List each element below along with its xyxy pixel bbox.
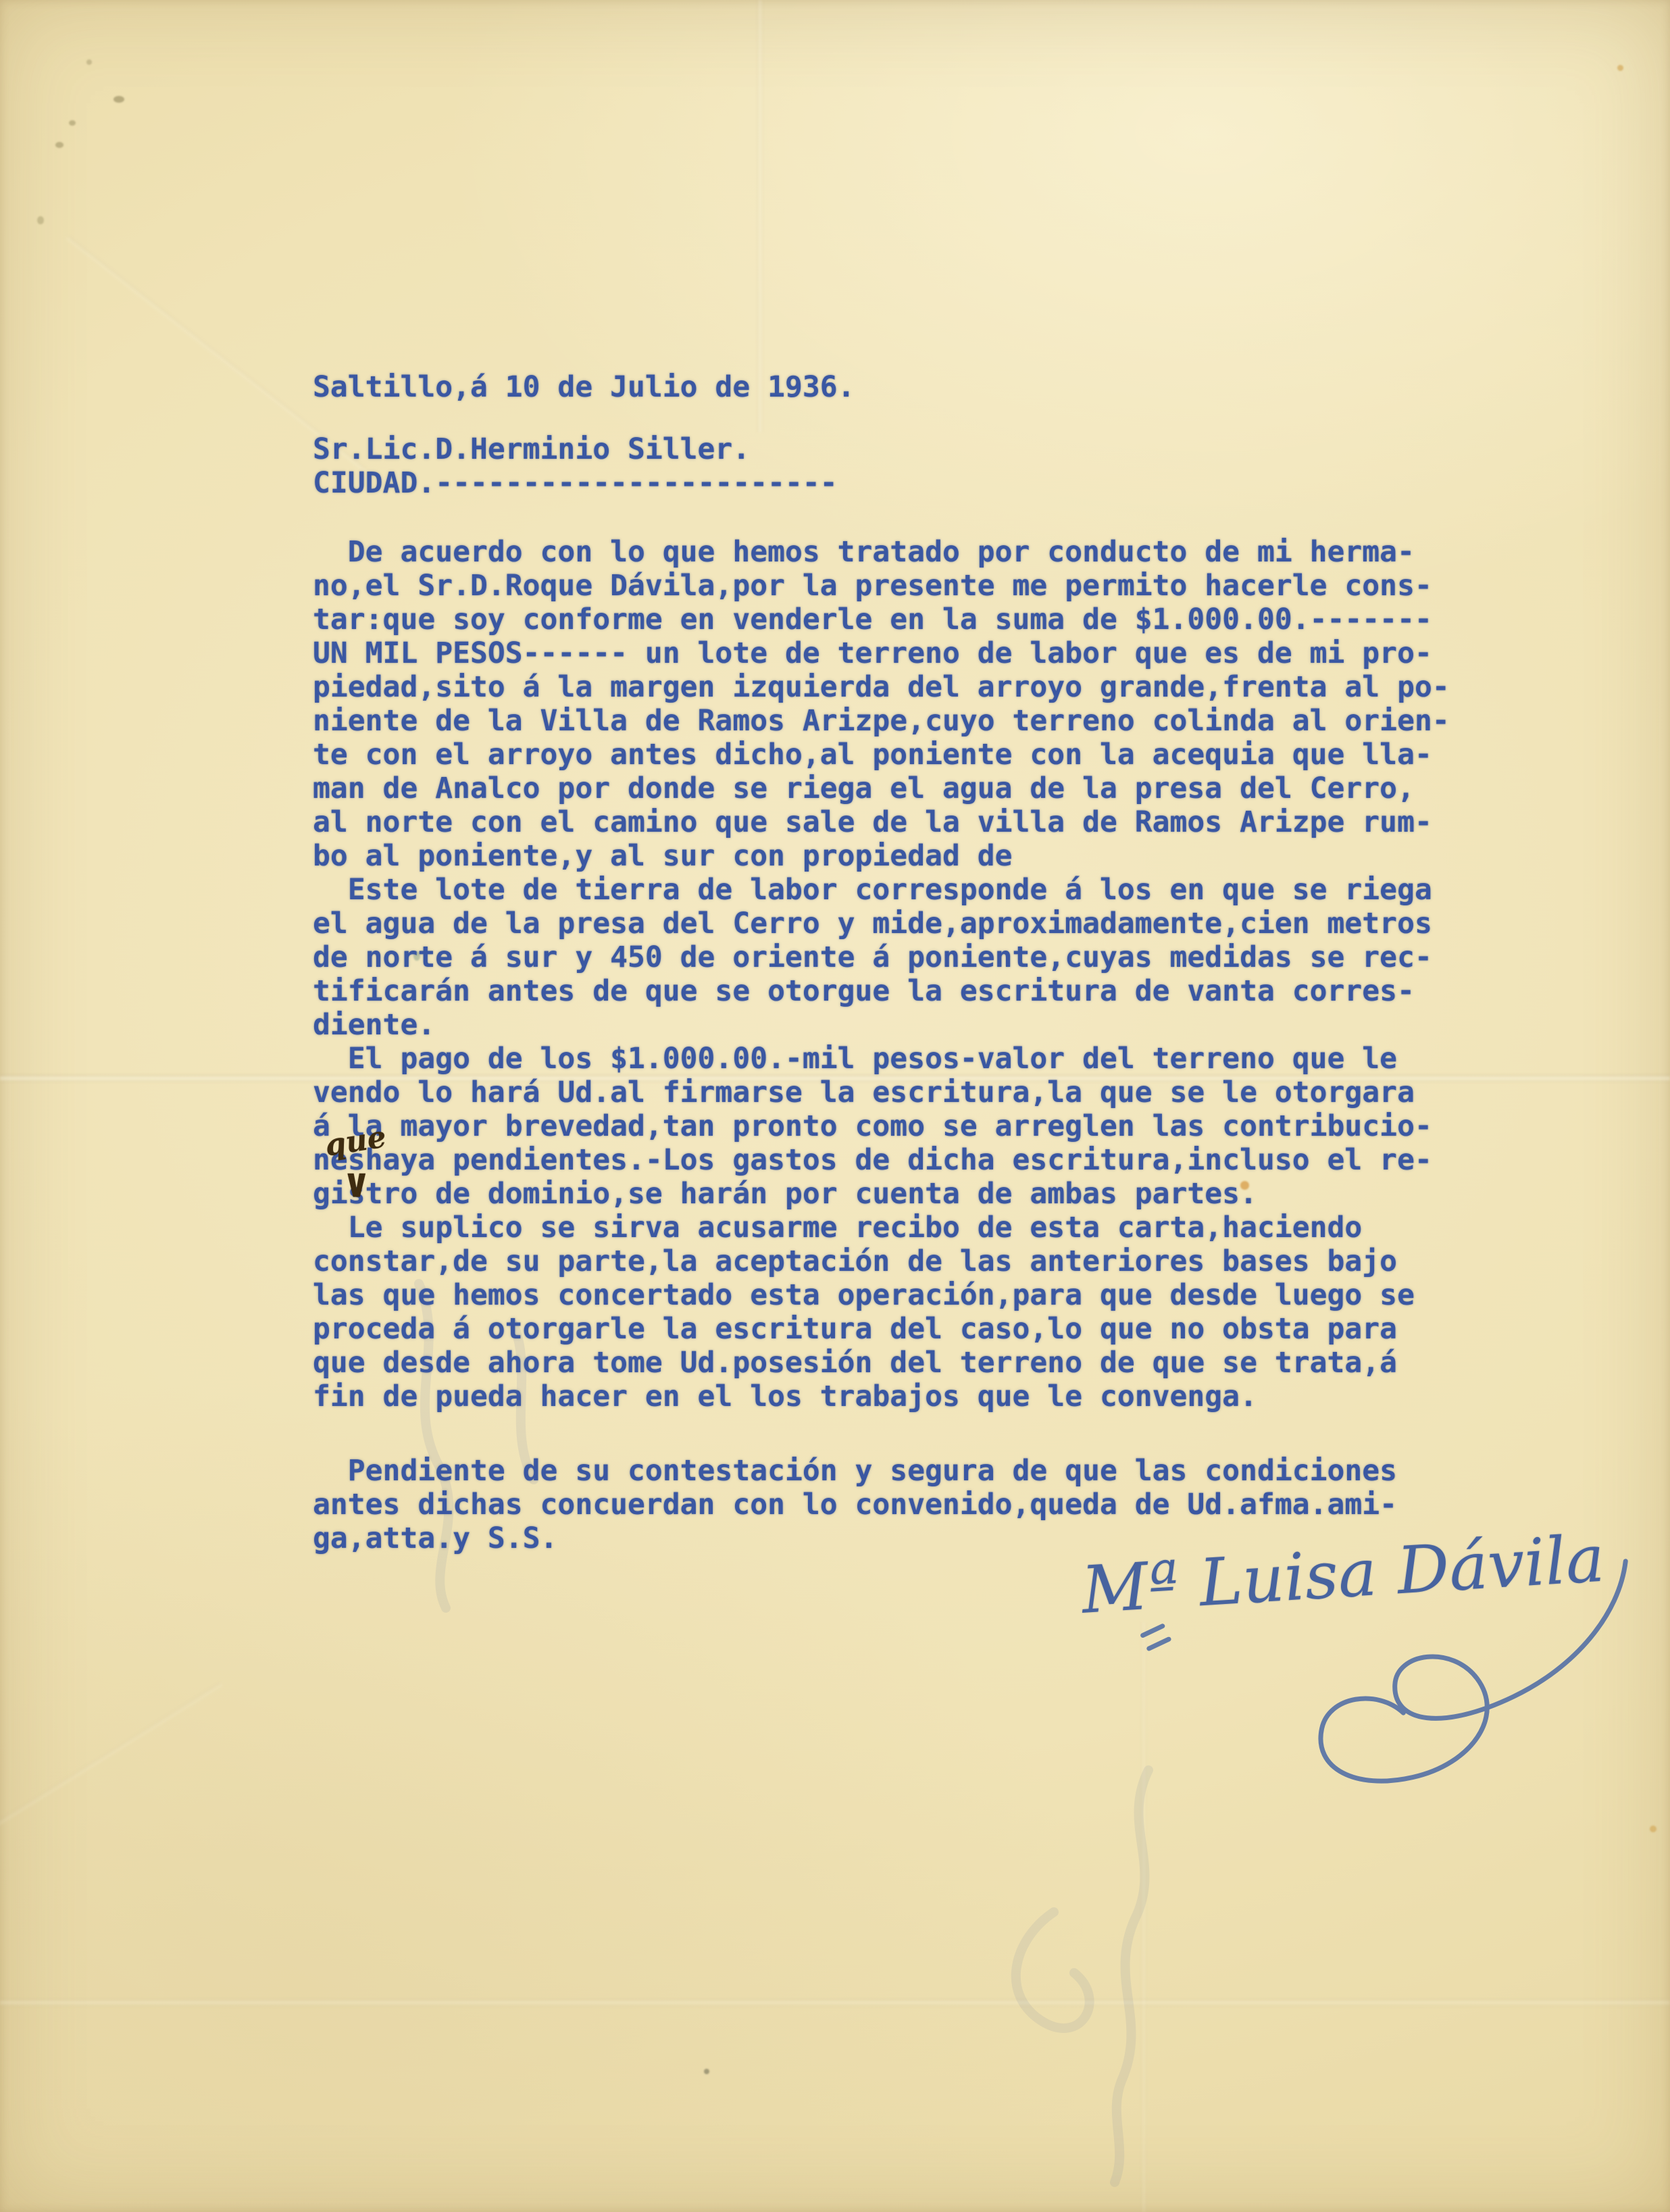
- signature-flourish: [1080, 1518, 1663, 1836]
- paper-damage-mark: [37, 216, 44, 224]
- stain-dot: [1650, 1826, 1656, 1832]
- recipient-block: Sr.Lic.D.Herminio Siller.CIUDAD.--------…: [313, 432, 1502, 500]
- body-line: que desde ahora tome Ud.posesión del ter…: [313, 1346, 1502, 1380]
- fold-crease-diagonal: [0, 1682, 223, 1836]
- recipient-line: CIUDAD.-----------------------: [313, 466, 1502, 500]
- body-line: De acuerdo con lo que hemos tratado por …: [313, 535, 1502, 569]
- body-line: de norte á sur y 450 de oriente á ponien…: [313, 940, 1502, 974]
- body-line: niente de la Villa de Ramos Arizpe,cuyo …: [313, 704, 1502, 738]
- body-block-2: gistro de dominio,se harán por cuenta de…: [313, 1177, 1502, 1413]
- body-line: vendo lo hará Ud.al firmarse la escritur…: [313, 1076, 1502, 1109]
- body-line: el agua de la presa del Cerro y mide,apr…: [313, 907, 1502, 940]
- body-line-with-insertion: nesque∨haya pendientes.-Los gastos de di…: [313, 1143, 1502, 1177]
- body-line: te con el arroyo antes dicho,al poniente…: [313, 738, 1502, 772]
- body-line: las que hemos concertado esta operación,…: [313, 1278, 1502, 1312]
- insertion-post-text: haya pendientes.-Los gastos de dicha esc…: [365, 1143, 1432, 1177]
- body-line: fin de pueda hacer en el los trabajos qu…: [313, 1380, 1502, 1413]
- letter-text: Saltillo,á 10 de Julio de 1936. Sr.Lic.D…: [313, 370, 1502, 1555]
- body-line: no,el Sr.D.Roque Dávila,por la presente …: [313, 569, 1502, 603]
- body-line: man de Analco por donde se riega el agua…: [313, 772, 1502, 805]
- paper-damage-mark: [113, 96, 124, 103]
- body-line: piedad,sito á la margen izquierda del ar…: [313, 670, 1502, 704]
- body-line: UN MIL PESOS------ un lote de terreno de…: [313, 636, 1502, 670]
- recipient-line: Sr.Lic.D.Herminio Siller.: [313, 432, 1502, 466]
- body-line: gistro de dominio,se harán por cuenta de…: [313, 1177, 1502, 1211]
- closing-line: Pendiente de su contestación y segura de…: [313, 1454, 1502, 1488]
- body-line: tificarán antes de que se otorgue la esc…: [313, 974, 1502, 1008]
- letter-paper: Saltillo,á 10 de Julio de 1936. Sr.Lic.D…: [0, 0, 1670, 2212]
- paper-damage-mark: [86, 59, 92, 65]
- dateline: Saltillo,á 10 de Julio de 1936.: [313, 370, 1502, 404]
- body-line: El pago de los $1.000.00.-mil pesos-valo…: [313, 1042, 1502, 1076]
- body-line: bo al poniente,y al sur con propiedad de: [313, 839, 1502, 873]
- body-line: proceda á otorgarle la escritura del cas…: [313, 1312, 1502, 1346]
- stain-dot: [1617, 65, 1623, 71]
- body-line: al norte con el camino que sale de la vi…: [313, 805, 1502, 839]
- body-line: tar:que soy conforme en venderle en la s…: [313, 603, 1502, 636]
- paper-damage-mark: [69, 120, 76, 126]
- body-line: constar,de su parte,la aceptación de las…: [313, 1245, 1502, 1278]
- insertion-caret-mark: ∨: [343, 1164, 371, 1203]
- body-line: diente.: [313, 1008, 1502, 1042]
- fold-crease-vertical: [757, 0, 763, 432]
- body-line: Le suplico se sirva acusarme recibo de e…: [313, 1211, 1502, 1245]
- fold-crease-horizontal: [0, 1999, 1670, 2007]
- closing-line: antes dichas concuerdan con lo convenido…: [313, 1488, 1502, 1522]
- paper-damage-mark: [55, 142, 64, 148]
- stain-dot: [704, 2069, 709, 2074]
- body-block-1: De acuerdo con lo que hemos tratado por …: [313, 535, 1502, 1143]
- body-line: á la mayor brevedad,tan pronto como se a…: [313, 1109, 1502, 1143]
- body-line: Este lote de tierra de labor corresponde…: [313, 873, 1502, 907]
- signature-block: Mª Luisa Dávila: [1080, 1518, 1663, 1836]
